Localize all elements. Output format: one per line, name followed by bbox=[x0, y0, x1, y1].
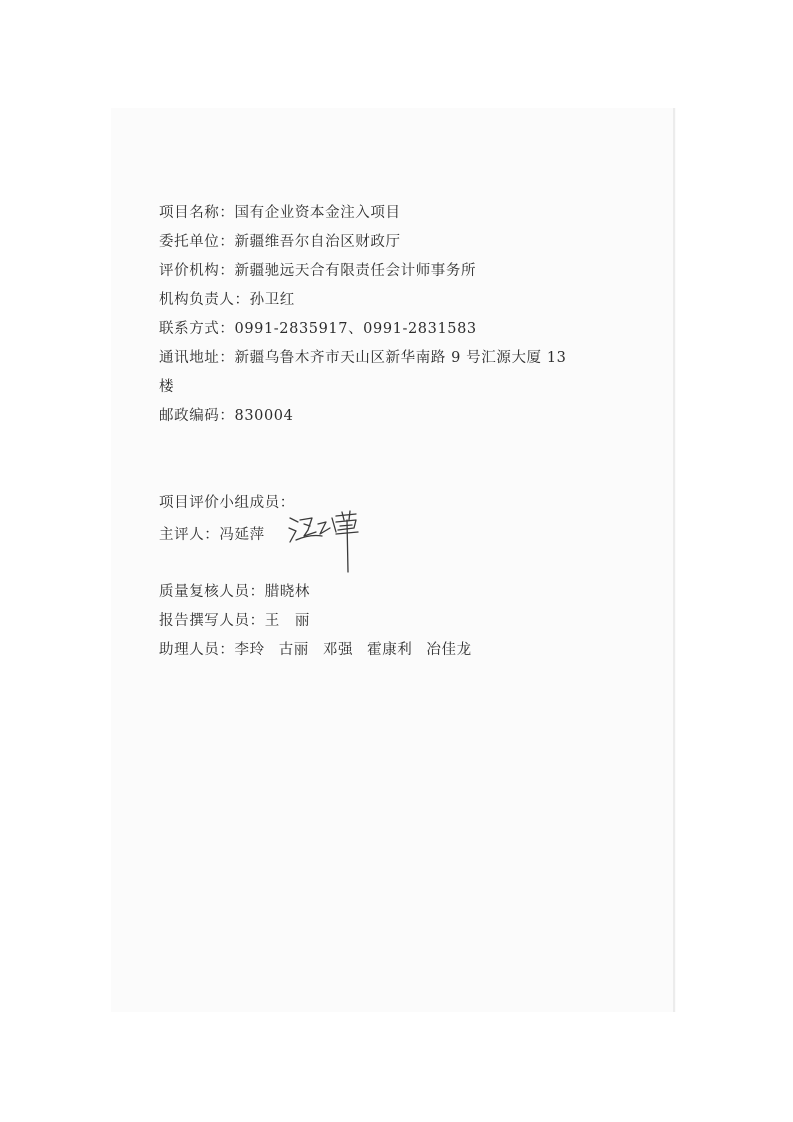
client-line: 委托单位：新疆维吾尔自治区财政厅 bbox=[159, 233, 401, 251]
postcode-value: 830004 bbox=[235, 408, 294, 424]
project-name-label: 项目名称： bbox=[159, 205, 235, 221]
report-writer-label: 报告撰写人员： bbox=[159, 613, 265, 629]
evaluator-line: 评价机构：新疆驰远天合有限责任会计师事务所 bbox=[159, 262, 476, 280]
evaluator-value: 新疆驰远天合有限责任会计师事务所 bbox=[235, 263, 477, 279]
postcode-line: 邮政编码：830004 bbox=[159, 407, 293, 425]
address-line: 通讯地址：新疆乌鲁木齐市天山区新华南路 9 号汇源大厦 13 bbox=[159, 349, 567, 367]
contact-line: 联系方式：0991-2835917、0991-2831583 bbox=[159, 320, 477, 338]
head-line: 机构负责人：孙卫红 bbox=[159, 291, 295, 309]
project-name-value: 国有企业资本金注入项目 bbox=[235, 205, 401, 221]
assistant-member: 邓强 bbox=[323, 642, 353, 658]
lead-line: 主评人：冯延萍 bbox=[159, 526, 265, 544]
contact-label: 联系方式： bbox=[159, 321, 235, 337]
address-label: 通讯地址： bbox=[159, 350, 235, 366]
evaluator-label: 评价机构： bbox=[159, 263, 235, 279]
head-label: 机构负责人： bbox=[159, 292, 250, 308]
postcode-label: 邮政编码： bbox=[159, 408, 235, 424]
quality-review-line: 质量复核人员：腊晓林 bbox=[159, 583, 310, 601]
report-writer-line: 报告撰写人员：王 丽 bbox=[159, 612, 310, 630]
head-value: 孙卫红 bbox=[250, 292, 295, 308]
quality-review-value: 腊晓林 bbox=[265, 584, 310, 600]
lead-label: 主评人： bbox=[159, 527, 219, 543]
contact-value: 0991-2835917、0991-2831583 bbox=[235, 321, 477, 337]
lead-value: 冯延萍 bbox=[219, 527, 264, 543]
handwritten-signature bbox=[286, 510, 366, 575]
scan-edge-line bbox=[673, 108, 675, 1012]
client-value: 新疆维吾尔自治区财政厅 bbox=[235, 234, 401, 250]
address-value: 新疆乌鲁木齐市天山区新华南路 9 号汇源大厦 13 bbox=[235, 350, 567, 366]
assistant-member: 冶佳龙 bbox=[426, 642, 471, 658]
assistants-line: 助理人员：李玲古丽邓强霍康利冶佳龙 bbox=[159, 641, 472, 659]
assistant-member: 李玲 bbox=[235, 642, 265, 658]
address-continuation: 楼 bbox=[159, 379, 174, 395]
quality-review-label: 质量复核人员： bbox=[159, 584, 265, 600]
assistant-member: 古丽 bbox=[279, 642, 309, 658]
project-name-line: 项目名称：国有企业资本金注入项目 bbox=[159, 204, 401, 222]
assistant-member: 霍康利 bbox=[367, 642, 412, 658]
assistants-label: 助理人员： bbox=[159, 642, 235, 658]
client-label: 委托单位： bbox=[159, 234, 235, 250]
team-heading: 项目评价小组成员： bbox=[159, 494, 295, 512]
address-continuation-line: 楼 bbox=[159, 378, 174, 396]
report-writer-value: 王 丽 bbox=[265, 613, 310, 629]
